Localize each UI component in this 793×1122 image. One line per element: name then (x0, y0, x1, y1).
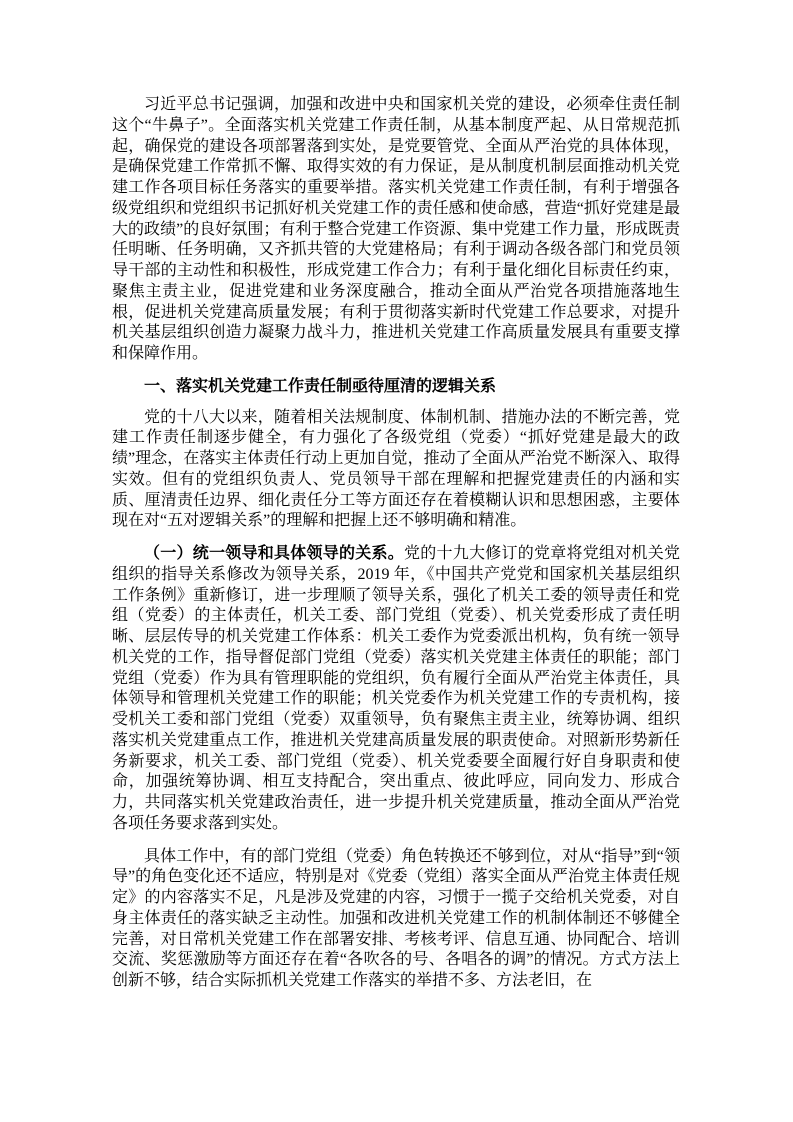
paragraph-problems: 具体工作中，有的部门党组（党委）角色转换还不够到位，对从“指导”到“领导”的角色… (112, 847, 680, 992)
paragraph-background: 党的十八大以来，随着相关法规制度、体制机制、措施办法的不断完善，党建工作责任制逐… (112, 408, 680, 533)
paragraph-subsection-one: （一）统一领导和具体领导的关系。党的十九大修订的党章将党组对机关党组织的指导关系… (112, 544, 680, 835)
subsection-one-lead: （一）统一领导和具体领导的关系。 (144, 545, 404, 562)
subsection-one-body: 党的十九大修订的党章将党组对机关党组织的指导关系修改为领导关系，2019 年，《… (112, 545, 680, 832)
section-heading-one: 一、落实机关党建工作责任制亟待厘清的逻辑关系 (112, 377, 680, 398)
paragraph-intro: 习近平总书记强调，加强和改进中央和国家机关党的建设，必须牵住责任制这个“牛鼻子”… (112, 95, 680, 365)
document-page: 习近平总书记强调，加强和改进中央和国家机关党的建设，必须牵住责任制这个“牛鼻子”… (0, 0, 793, 1122)
